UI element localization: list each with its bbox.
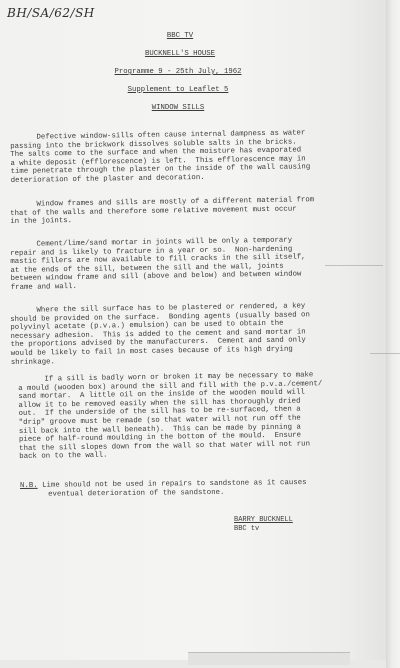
paragraph-mould-repair: If a sill is badly worn or broken it may… — [18, 371, 341, 462]
paper-fold-line — [325, 265, 383, 266]
note-label: N.B. — [20, 482, 38, 490]
handwritten-reference: BH/SA/62/SH — [7, 6, 95, 20]
document-title: WINDOW SILLS — [0, 104, 358, 112]
header-broadcaster: BBC TV — [0, 32, 360, 40]
paragraph-movement: Window frames and sills are mostly of a … — [10, 196, 332, 227]
page-edge-shadow — [386, 0, 400, 668]
note-block: N.B. Lime should not be used in repairs … — [20, 479, 340, 500]
header-programme: Programme 9 - 25th July, 1962 — [0, 68, 358, 76]
paper-bottom-strip — [188, 652, 350, 665]
header-supplement: Supplement to Leaflet 5 — [0, 86, 358, 94]
paragraph-mortar: Cement/lime/sand mortar in joints will b… — [10, 236, 333, 293]
signature-organisation: BBC tv — [234, 525, 293, 534]
signature-block: BARRY BUCKNELL BBC tv — [234, 516, 293, 534]
paragraph-plastering: Where the sill surface has to be plaster… — [10, 302, 333, 367]
header-series: BUCKNELL'S HOUSE — [0, 50, 360, 58]
signature-name: BARRY BUCKNELL — [234, 516, 293, 525]
paper-fold-line — [370, 353, 400, 354]
paragraph-efflorescence: Defective window-sills often cause inter… — [10, 129, 333, 186]
